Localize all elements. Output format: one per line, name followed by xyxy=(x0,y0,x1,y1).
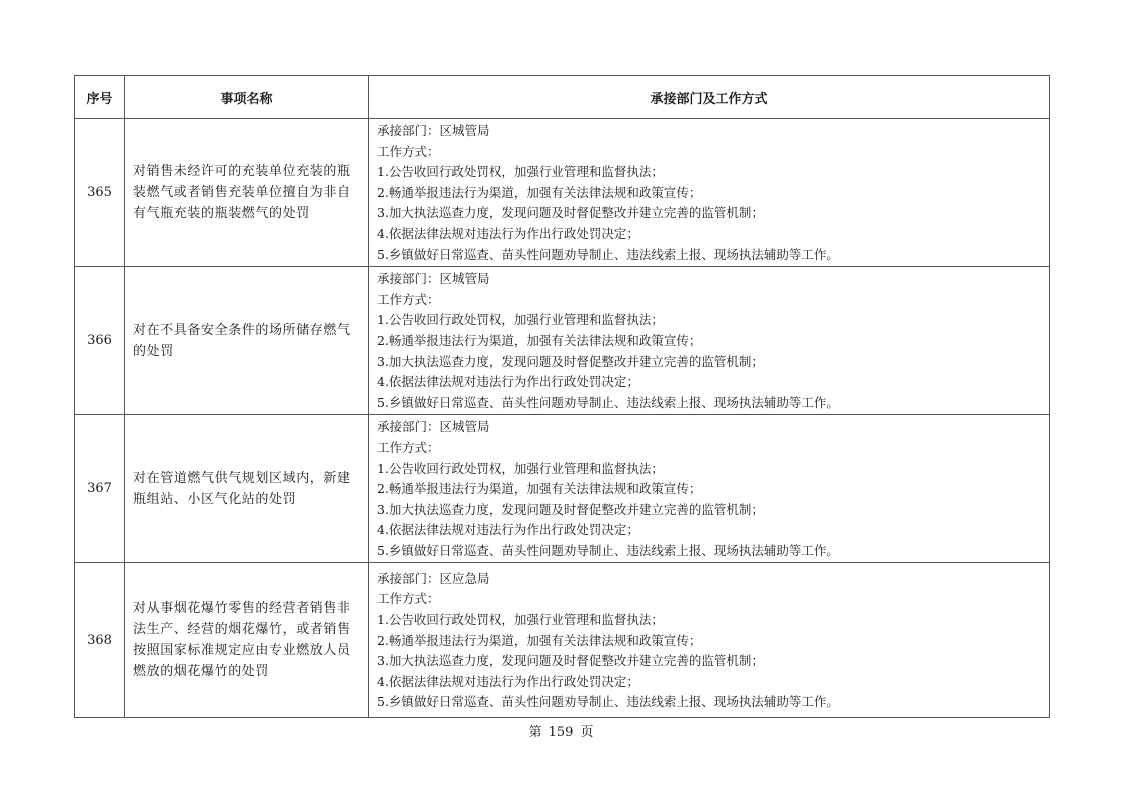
method-item: 1.公告收回行政处罚权，加强行业管理和监督执法； xyxy=(377,459,1043,480)
header-detail: 承接部门及工作方式 xyxy=(369,76,1050,119)
row-detail: 承接部门：区城管局 工作方式： 1.公告收回行政处罚权，加强行业管理和监督执法；… xyxy=(369,415,1050,563)
method-item: 4.依据法律法规对违法行为作出行政处罚决定； xyxy=(377,224,1043,245)
method-label: 工作方式： xyxy=(377,290,1043,311)
method-item: 4.依据法律法规对违法行为作出行政处罚决定； xyxy=(377,520,1043,541)
method-label: 工作方式： xyxy=(377,438,1043,459)
method-item: 2.畅通举报违法行为渠道，加强有关法律法规和政策宣传； xyxy=(377,479,1043,500)
method-item: 5.乡镇做好日常巡查、苗头性问题劝导制止、违法线索上报、现场执法辅助等工作。 xyxy=(377,692,1043,713)
method-item: 1.公告收回行政处罚权，加强行业管理和监督执法； xyxy=(377,162,1043,183)
row-name: 对在不具备安全条件的场所储存燃气的处罚 xyxy=(125,267,369,415)
department-line: 承接部门：区城管局 xyxy=(377,417,1043,438)
header-no: 序号 xyxy=(75,76,125,119)
method-item: 2.畅通举报违法行为渠道，加强有关法律法规和政策宣传； xyxy=(377,183,1043,204)
row-detail: 承接部门：区城管局 工作方式： 1.公告收回行政处罚权，加强行业管理和监督执法；… xyxy=(369,267,1050,415)
method-item: 2.畅通举报违法行为渠道，加强有关法律法规和政策宣传； xyxy=(377,631,1043,652)
row-no: 366 xyxy=(75,267,125,415)
department-line: 承接部门：区应急局 xyxy=(377,569,1043,590)
table-row: 365 对销售未经许可的充装单位充装的瓶装燃气或者销售充装单位擅自为非自有气瓶充… xyxy=(75,119,1050,267)
table-header-row: 序号 事项名称 承接部门及工作方式 xyxy=(75,76,1050,119)
row-no: 367 xyxy=(75,415,125,563)
row-detail: 承接部门：区应急局 工作方式： 1.公告收回行政处罚权，加强行业管理和监督执法；… xyxy=(369,563,1050,718)
header-name: 事项名称 xyxy=(125,76,369,119)
row-no: 368 xyxy=(75,563,125,718)
matters-table: 序号 事项名称 承接部门及工作方式 365 对销售未经许可的充装单位充装的瓶装燃… xyxy=(74,75,1050,718)
method-item: 5.乡镇做好日常巡查、苗头性问题劝导制止、违法线索上报、现场执法辅助等工作。 xyxy=(377,245,1043,266)
method-item: 2.畅通举报违法行为渠道，加强有关法律法规和政策宣传； xyxy=(377,331,1043,352)
department-line: 承接部门：区城管局 xyxy=(377,269,1043,290)
row-name: 对在管道燃气供气规划区域内，新建瓶组站、小区气化站的处罚 xyxy=(125,415,369,563)
department-line: 承接部门：区城管局 xyxy=(377,121,1043,142)
method-item: 3.加大执法巡查力度，发现问题及时督促整改并建立完善的监管机制； xyxy=(377,500,1043,521)
method-item: 4.依据法律法规对违法行为作出行政处罚决定； xyxy=(377,672,1043,693)
method-item: 4.依据法律法规对违法行为作出行政处罚决定； xyxy=(377,372,1043,393)
page-number: 第 159 页 xyxy=(0,721,1122,740)
method-item: 3.加大执法巡查力度，发现问题及时督促整改并建立完善的监管机制； xyxy=(377,203,1043,224)
row-name: 对销售未经许可的充装单位充装的瓶装燃气或者销售充装单位擅自为非自有气瓶充装的瓶装… xyxy=(125,119,369,267)
table-row: 367 对在管道燃气供气规划区域内，新建瓶组站、小区气化站的处罚 承接部门：区城… xyxy=(75,415,1050,563)
method-item: 5.乡镇做好日常巡查、苗头性问题劝导制止、违法线索上报、现场执法辅助等工作。 xyxy=(377,541,1043,562)
method-label: 工作方式： xyxy=(377,142,1043,163)
row-no: 365 xyxy=(75,119,125,267)
method-item: 3.加大执法巡查力度，发现问题及时督促整改并建立完善的监管机制； xyxy=(377,651,1043,672)
method-item: 5.乡镇做好日常巡查、苗头性问题劝导制止、违法线索上报、现场执法辅助等工作。 xyxy=(377,393,1043,414)
table-row: 366 对在不具备安全条件的场所储存燃气的处罚 承接部门：区城管局 工作方式： … xyxy=(75,267,1050,415)
method-item: 3.加大执法巡查力度，发现问题及时督促整改并建立完善的监管机制； xyxy=(377,352,1043,373)
row-name: 对从事烟花爆竹零售的经营者销售非法生产、经营的烟花爆竹，或者销售按照国家标准规定… xyxy=(125,563,369,718)
row-detail: 承接部门：区城管局 工作方式： 1.公告收回行政处罚权，加强行业管理和监督执法；… xyxy=(369,119,1050,267)
table-row: 368 对从事烟花爆竹零售的经营者销售非法生产、经营的烟花爆竹，或者销售按照国家… xyxy=(75,563,1050,718)
method-item: 1.公告收回行政处罚权，加强行业管理和监督执法； xyxy=(377,310,1043,331)
method-item: 1.公告收回行政处罚权，加强行业管理和监督执法； xyxy=(377,610,1043,631)
method-label: 工作方式： xyxy=(377,589,1043,610)
